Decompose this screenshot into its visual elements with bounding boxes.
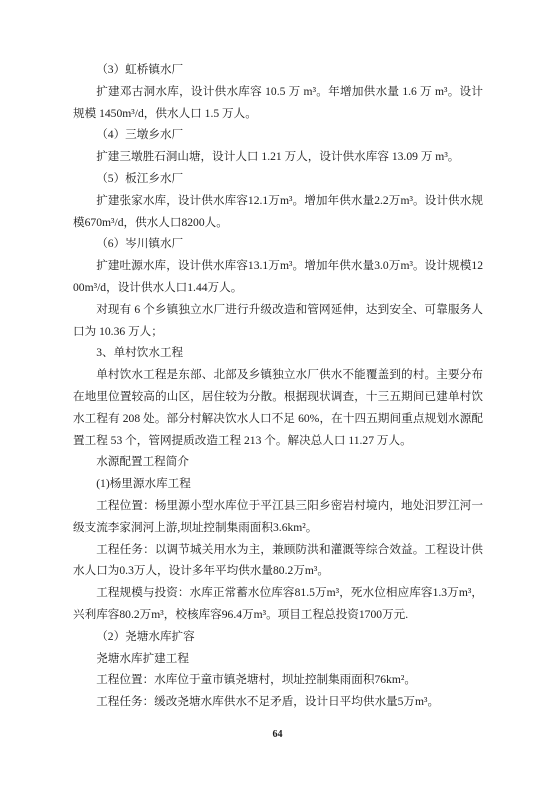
document-page: （3）虹桥镇水厂 扩建邓古洞水库，设计供水库容 10.5 万 m³。年增加供水量… <box>0 0 555 785</box>
paragraph-yangliyuan-task: 工程任务：以调节城关用水为主，兼顾防洪和灌溉等综合效益。工程设计供水人口为0.3… <box>73 539 483 583</box>
paragraph-heading-plant-4: （4）三墩乡水厂 <box>73 124 483 146</box>
paragraph-heading-plant-6: （6）岑川镇水厂 <box>73 233 483 255</box>
paragraph-yaotang-project-title: 尧塘水库扩建工程 <box>73 648 483 670</box>
paragraph-heading-source-config-intro: 水源配置工程简介 <box>73 451 483 473</box>
paragraph-heading-plant-3: （3）虹桥镇水厂 <box>73 59 483 81</box>
paragraph-heading-village-water: 3、单村饮水工程 <box>73 342 483 364</box>
paragraph-plant-6-detail: 扩建吐源水库，设计供水库容13.1万m³。增加年供水量3.0万m³。设计规模12… <box>73 255 483 299</box>
paragraph-township-upgrade-summary: 对现有 6 个乡镇独立水厂进行升级改造和管网延伸，达到安全、可靠服务人口为 10… <box>73 299 483 343</box>
document-body: （3）虹桥镇水厂 扩建邓古洞水库，设计供水库容 10.5 万 m³。年增加供水量… <box>73 59 483 713</box>
paragraph-heading-yangliyuan: (1)杨里源水库工程 <box>73 473 483 495</box>
paragraph-yangliyuan-scale-investment: 工程规模与投资：水库正常蓄水位库容81.5万m³，死水位相应库容1.3万m³，兴… <box>73 582 483 626</box>
page-number: 64 <box>0 729 555 740</box>
paragraph-yangliyuan-location: 工程位置：杨里源小型水库位于平江县三阳乡密岩村境内，地处汨罗江河一级支流李家洞河… <box>73 495 483 539</box>
paragraph-yaotang-task: 工程任务：缓改尧塘水库供水不足矛盾，设计日平均供水量5万m³。 <box>73 691 483 713</box>
paragraph-plant-4-detail: 扩建三墩胜石洞山塘，设计人口 1.21 万人，设计供水库容 13.09 万 m³… <box>73 146 483 168</box>
paragraph-plant-5-detail: 扩建张家水库，设计供水库容12.1万m³。增加年供水量2.2万m³。设计供水规模… <box>73 190 483 234</box>
paragraph-yaotang-location: 工程位置：水库位于童市镇尧塘村，坝址控制集雨面积76km²。 <box>73 669 483 691</box>
paragraph-heading-yaotang-expansion: （2）尧塘水库扩容 <box>73 626 483 648</box>
paragraph-village-water-detail: 单村饮水工程是东部、北部及乡镇独立水厂供水不能覆盖到的村。主要分布在地里位置较高… <box>73 364 483 451</box>
paragraph-heading-plant-5: （5）板江乡水厂 <box>73 168 483 190</box>
paragraph-plant-3-detail: 扩建邓古洞水库，设计供水库容 10.5 万 m³。年增加供水量 1.6 万 m³… <box>73 81 483 125</box>
